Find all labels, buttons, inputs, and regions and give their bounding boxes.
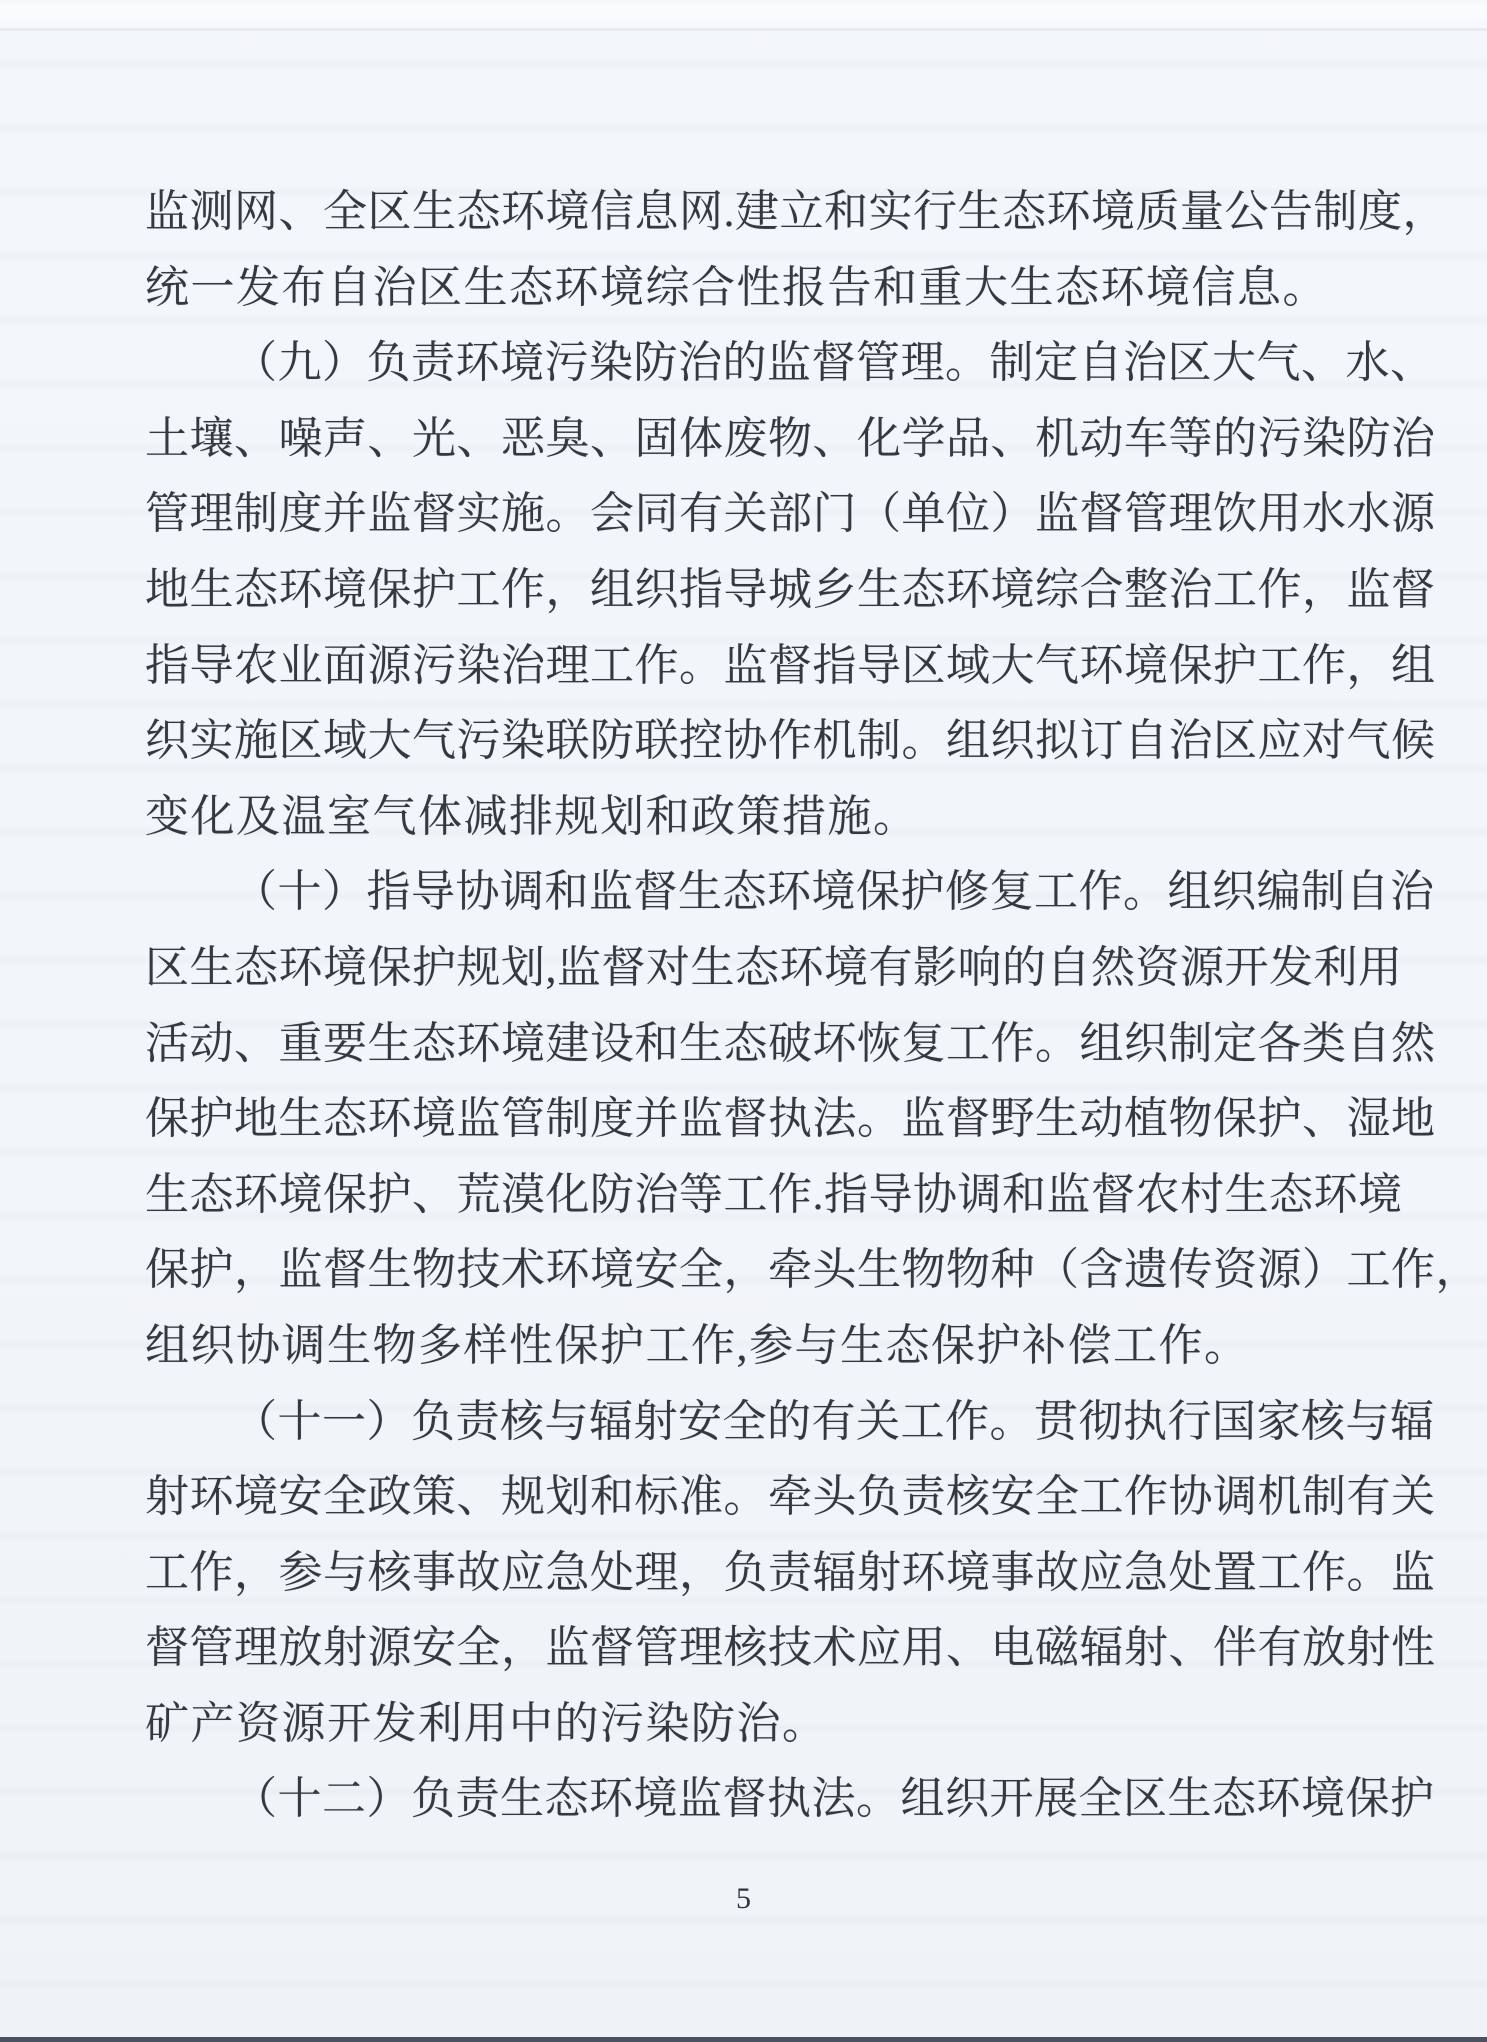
text-line: 组织协调生物多样性保护工作,参与生态保护补偿工作。 (145, 1308, 1345, 1384)
document-body: 监测网、全区生态环境信息网.建立和实行生态环境质量公告制度，统一发布自治区生态环… (145, 174, 1345, 1837)
text-line: 管理制度并监督实施。会同有关部门（单位）监督管理饮用水水源 (145, 476, 1345, 552)
text-line: 保护，监督生物技术环境安全，牵头生物物种（含遗传资源）工作， (145, 1232, 1345, 1308)
text-line: 指导农业面源污染治理工作。监督指导区域大气环境保护工作，组 (145, 628, 1345, 704)
text-line: （九）负责环境污染防治的监督管理。制定自治区大气、水、 (145, 325, 1345, 401)
text-line: （十一）负责核与辐射安全的有关工作。贯彻执行国家核与辐 (145, 1384, 1345, 1460)
text-line: 土壤、噪声、光、恶臭、固体废物、化学品、机动车等的污染防治 (145, 401, 1345, 477)
scan-bottom-edge (0, 2037, 1487, 2042)
text-line: 区生态环境保护规划,监督对生态环境有影响的自然资源开发利用 (145, 930, 1345, 1006)
text-line: 织实施区域大气污染联防联控协作机制。组织拟订自治区应对气候 (145, 703, 1345, 779)
text-line: 督管理放射源安全，监督管理核技术应用、电磁辐射、伴有放射性 (145, 1610, 1345, 1686)
text-line: 变化及温室气体减排规划和政策措施。 (145, 779, 1345, 855)
text-line: 矿产资源开发利用中的污染防治。 (145, 1686, 1345, 1762)
scanned-document-page: 监测网、全区生态环境信息网.建立和实行生态环境质量公告制度，统一发布自治区生态环… (0, 0, 1487, 2042)
text-line: （十二）负责生态环境监督执法。组织开展全区生态环境保护 (145, 1761, 1345, 1837)
text-line: 保护地生态环境监管制度并监督执法。监督野生动植物保护、湿地 (145, 1081, 1345, 1157)
text-line: 生态环境保护、荒漠化防治等工作.指导协调和监督农村生态环境 (145, 1157, 1345, 1233)
text-line: （十）指导协调和监督生态环境保护修复工作。组织编制自治 (145, 854, 1345, 930)
text-line: 统一发布自治区生态环境综合性报告和重大生态环境信息。 (145, 250, 1345, 326)
page-number: 5 (0, 1882, 1487, 1916)
scan-streak (0, 28, 1487, 31)
text-line: 监测网、全区生态环境信息网.建立和实行生态环境质量公告制度， (145, 174, 1345, 250)
text-line: 工作，参与核事故应急处理，负责辐射环境事故应急处置工作。监 (145, 1535, 1345, 1611)
text-line: 活动、重要生态环境建设和生态破坏恢复工作。组织制定各类自然 (145, 1006, 1345, 1082)
text-line: 地生态环境保护工作，组织指导城乡生态环境综合整治工作，监督 (145, 552, 1345, 628)
text-line: 射环境安全政策、规划和标准。牵头负责核安全工作协调机制有关 (145, 1459, 1345, 1535)
